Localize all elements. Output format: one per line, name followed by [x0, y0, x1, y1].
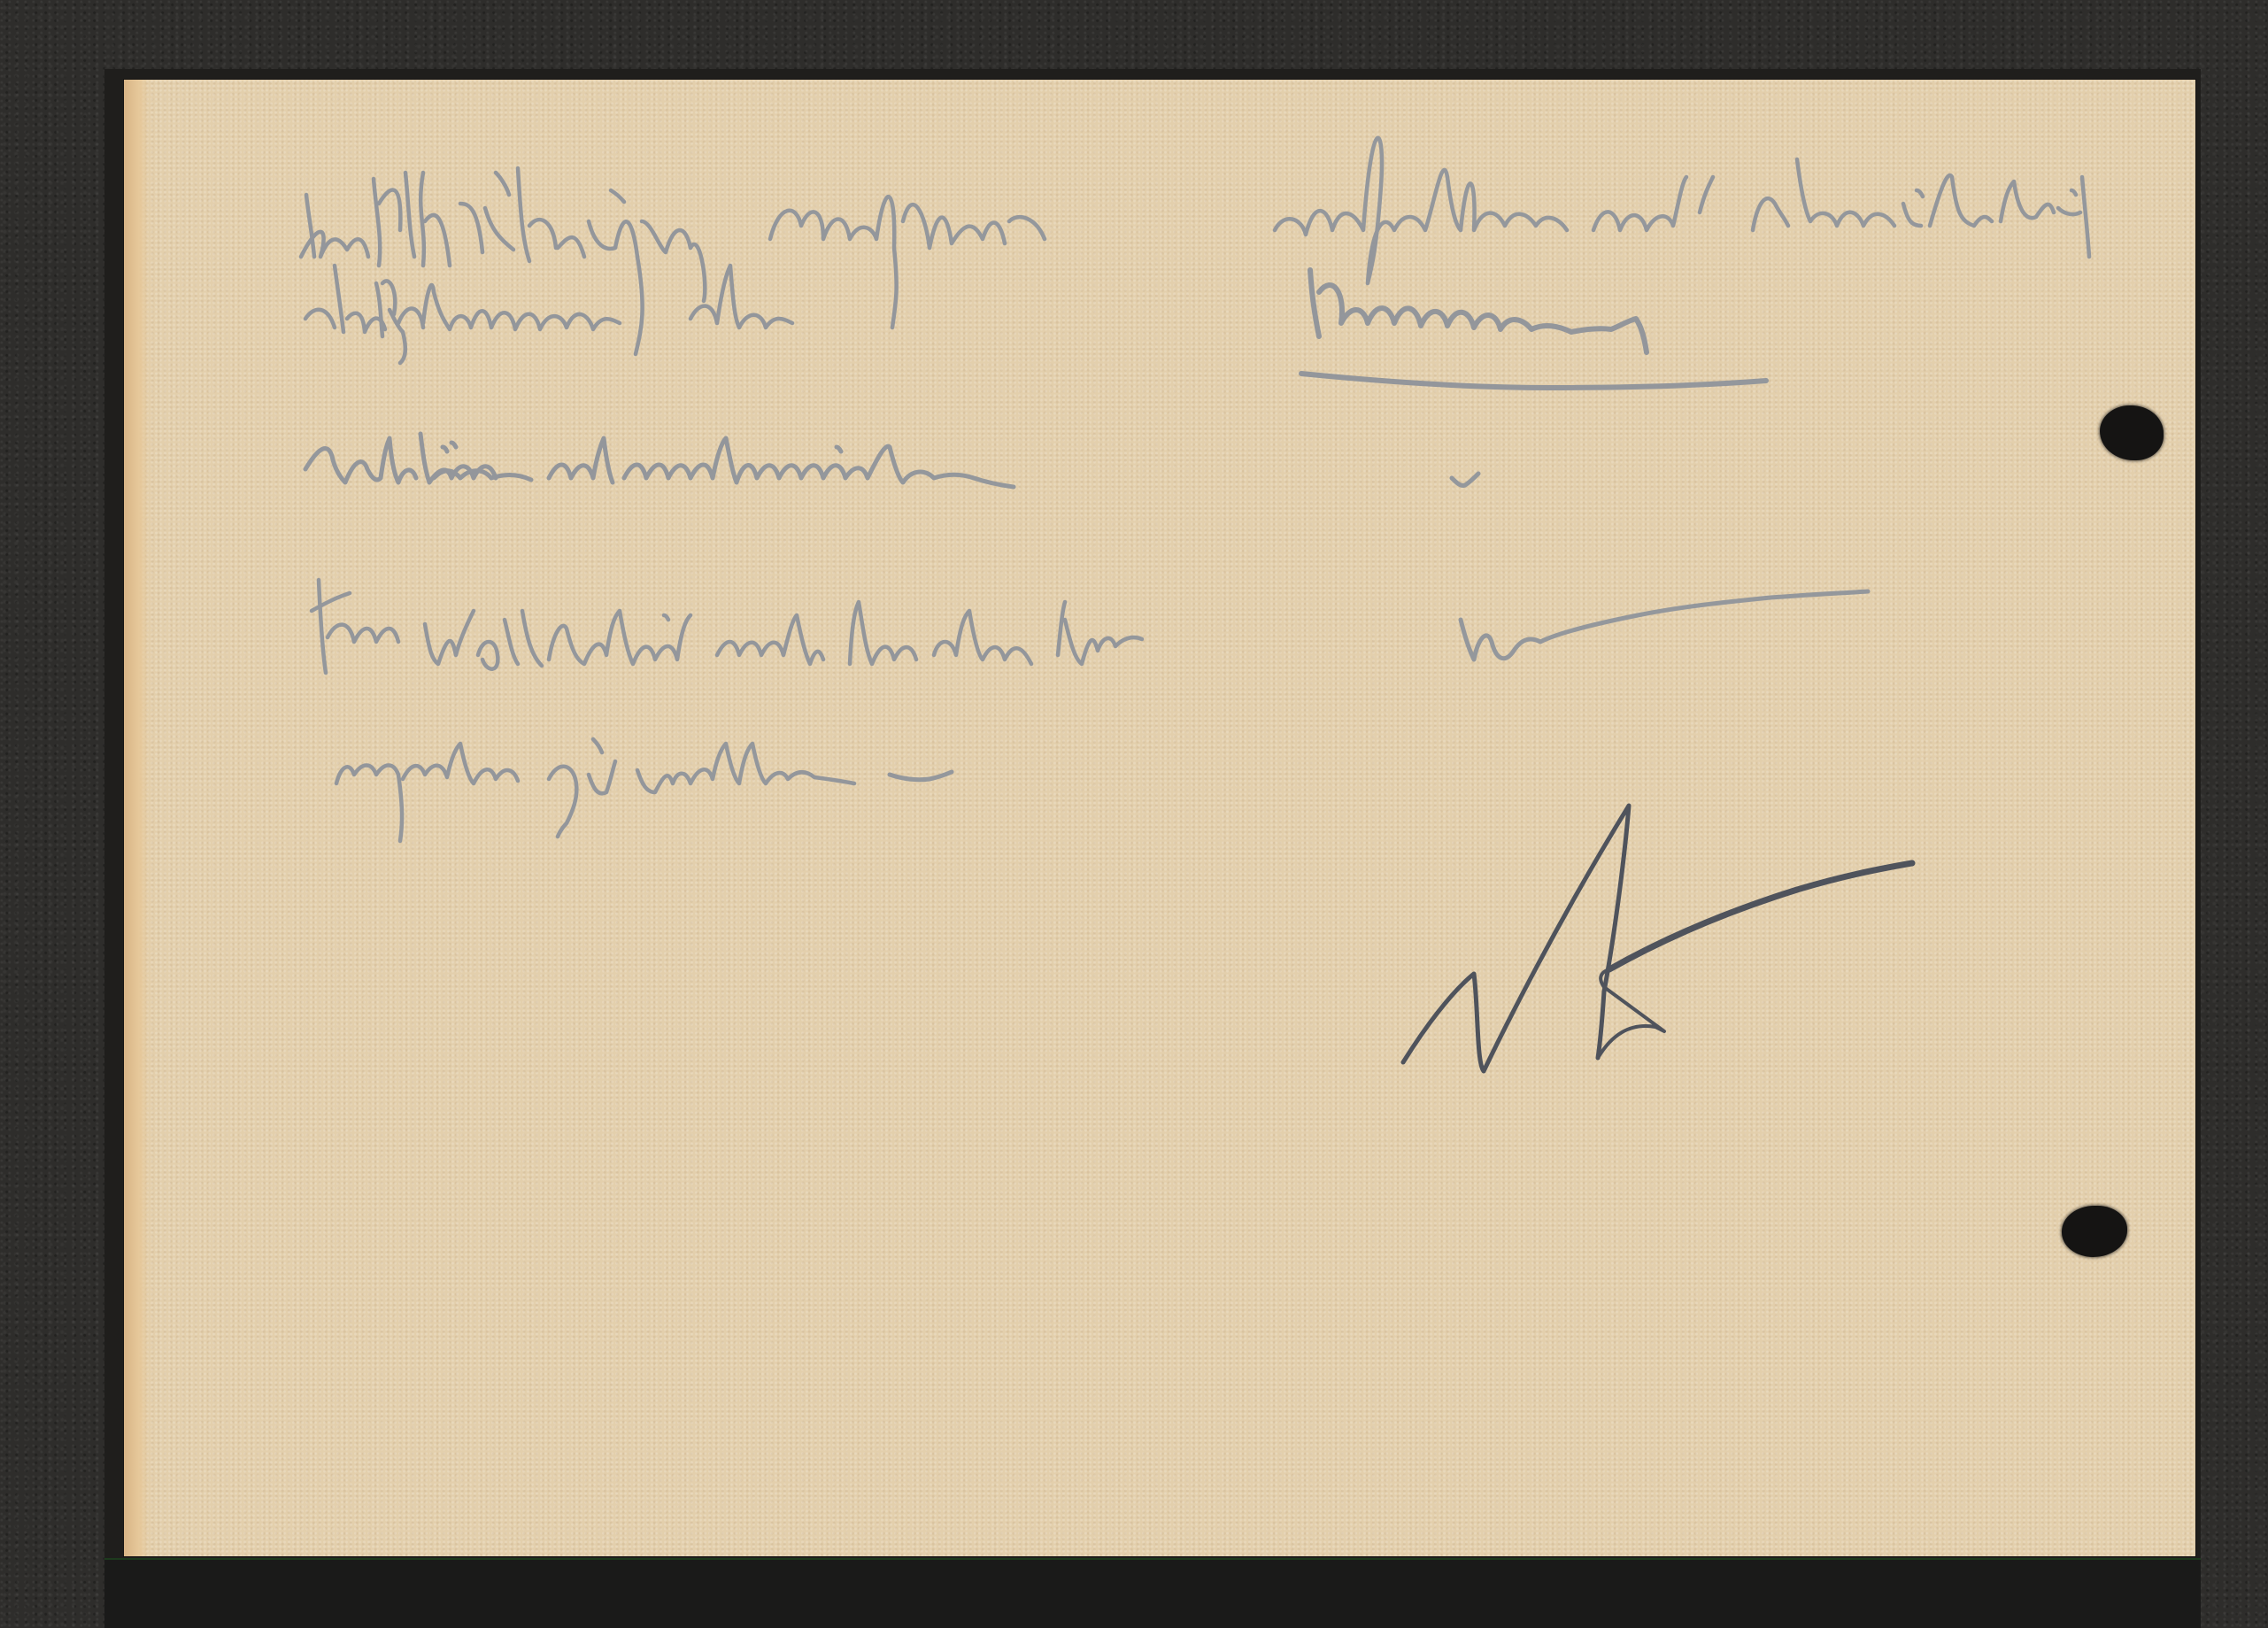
page-folded-edge [124, 80, 149, 1556]
binder-bottom-band [104, 1558, 2201, 1628]
punch-hole-upper [2100, 405, 2164, 460]
document-page [124, 80, 2195, 1556]
